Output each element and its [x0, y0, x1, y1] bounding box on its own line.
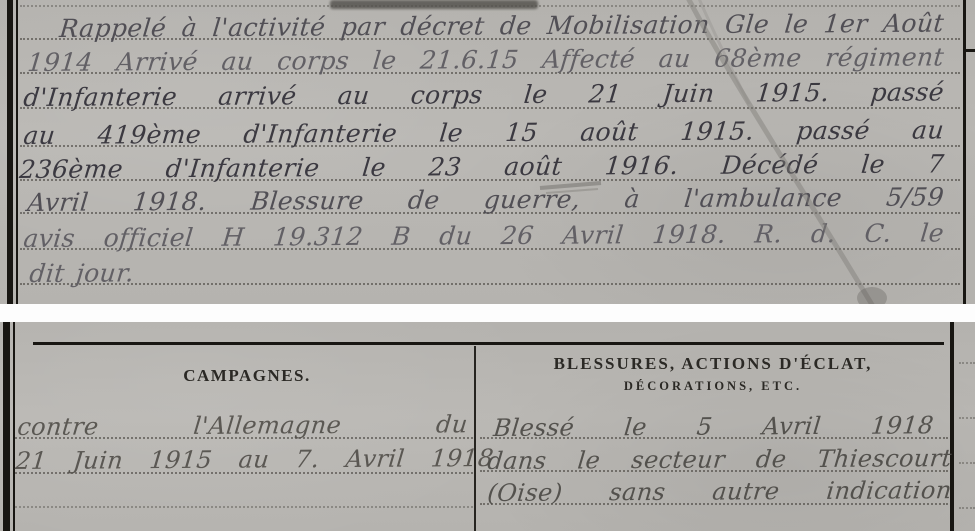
register-scan: Rappelé à l'activité par décret de Mobil…: [0, 0, 975, 531]
ruled-line: [15, 506, 473, 508]
handwriting-line: 1914 Arrivé au corps le 21.6.15 Affecté …: [26, 42, 946, 78]
right-border-tick: [963, 49, 975, 52]
handwriting-line: 236ème d'Infanterie le 23 août 1916. Déc…: [18, 149, 946, 185]
handwriting-line: Blessé le 5 Avril 1918: [492, 410, 935, 443]
right-border: [963, 0, 966, 304]
column-divider: [474, 346, 476, 531]
handwriting-line: dit jour.: [28, 257, 431, 289]
handwriting-line: Rappelé à l'activité par décret de Mobil…: [58, 9, 946, 44]
handwriting-line: avis officiel H 19.312 B du 26 Avril 191…: [22, 218, 946, 254]
cutoff-header-fragment: [330, 0, 538, 9]
handwriting-line: 21 Juin 1915 au 7. Avril 1918: [14, 443, 495, 476]
left-border-thin: [16, 0, 18, 304]
register-top-section: Rappelé à l'activité par décret de Mobil…: [0, 0, 975, 304]
wounds-header-line2: DÉCORATIONS, ETC.: [478, 379, 948, 394]
handwriting-line: (Oise) sans autre indication: [486, 475, 953, 508]
edge-rule-fragment: [959, 462, 975, 464]
campaigns-header: CAMPAGNES.: [20, 366, 474, 386]
edge-rule-fragment: [959, 507, 975, 509]
handwriting-line: dans le secteur de Thiescourt: [486, 443, 953, 476]
left-border-thick: [7, 0, 13, 304]
header-top-rule: [33, 342, 944, 345]
edge-rule-fragment: [959, 362, 975, 364]
left-border-thin: [13, 322, 15, 531]
left-border-thick: [3, 322, 10, 531]
edge-rule-fragment: [959, 417, 975, 419]
register-bottom-section: CAMPAGNES. BLESSURES, ACTIONS D'ÉCLAT, D…: [0, 322, 975, 531]
handwriting-line: d'Infanterie arrivé au corps le 21 Juin …: [22, 77, 946, 113]
handwriting-line: contre l'Allemagne du: [16, 409, 469, 442]
handwriting-line: au 419ème d'Infanterie le 15 août 1915. …: [22, 115, 946, 151]
section-gap: [0, 304, 975, 322]
wounds-header-line1: BLESSURES, ACTIONS D'ÉCLAT,: [478, 354, 948, 374]
handwriting-line: Avril 1918. Blessure de guerre, à l'ambu…: [26, 182, 946, 218]
